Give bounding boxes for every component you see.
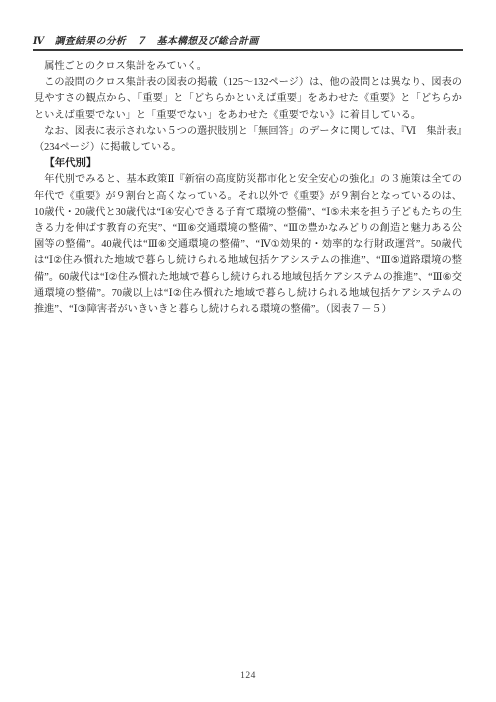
- document-body: 属性ごとのクロス集計をみていく。 この設問のクロス集計表の図表の掲載（125～1…: [34, 59, 462, 318]
- body-paragraph: なお、図表に表示されない５つの選択肢別と「無回答」のデータに関しては、『Ⅵ 集計…: [34, 124, 462, 156]
- body-paragraph: 年代別でみると、基本政策Ⅱ『新宿の高度防災都市化と安全安心の強化』の３施策は全て…: [34, 172, 462, 318]
- header-rule: [33, 49, 463, 51]
- body-paragraph: 属性ごとのクロス集計をみていく。: [34, 59, 462, 75]
- section-heading-age-group: 【年代別】: [34, 156, 462, 172]
- page-footer: 124: [0, 671, 496, 681]
- body-paragraph: この設問のクロス集計表の図表の掲載（125～132ページ）は、他の設問とは異なり…: [34, 75, 462, 124]
- document-page: Ⅳ 調査結果の分析 ７ 基本構想及び総合計画 属性ごとのクロス集計をみていく。 …: [0, 0, 496, 702]
- page-number: 124: [240, 671, 256, 681]
